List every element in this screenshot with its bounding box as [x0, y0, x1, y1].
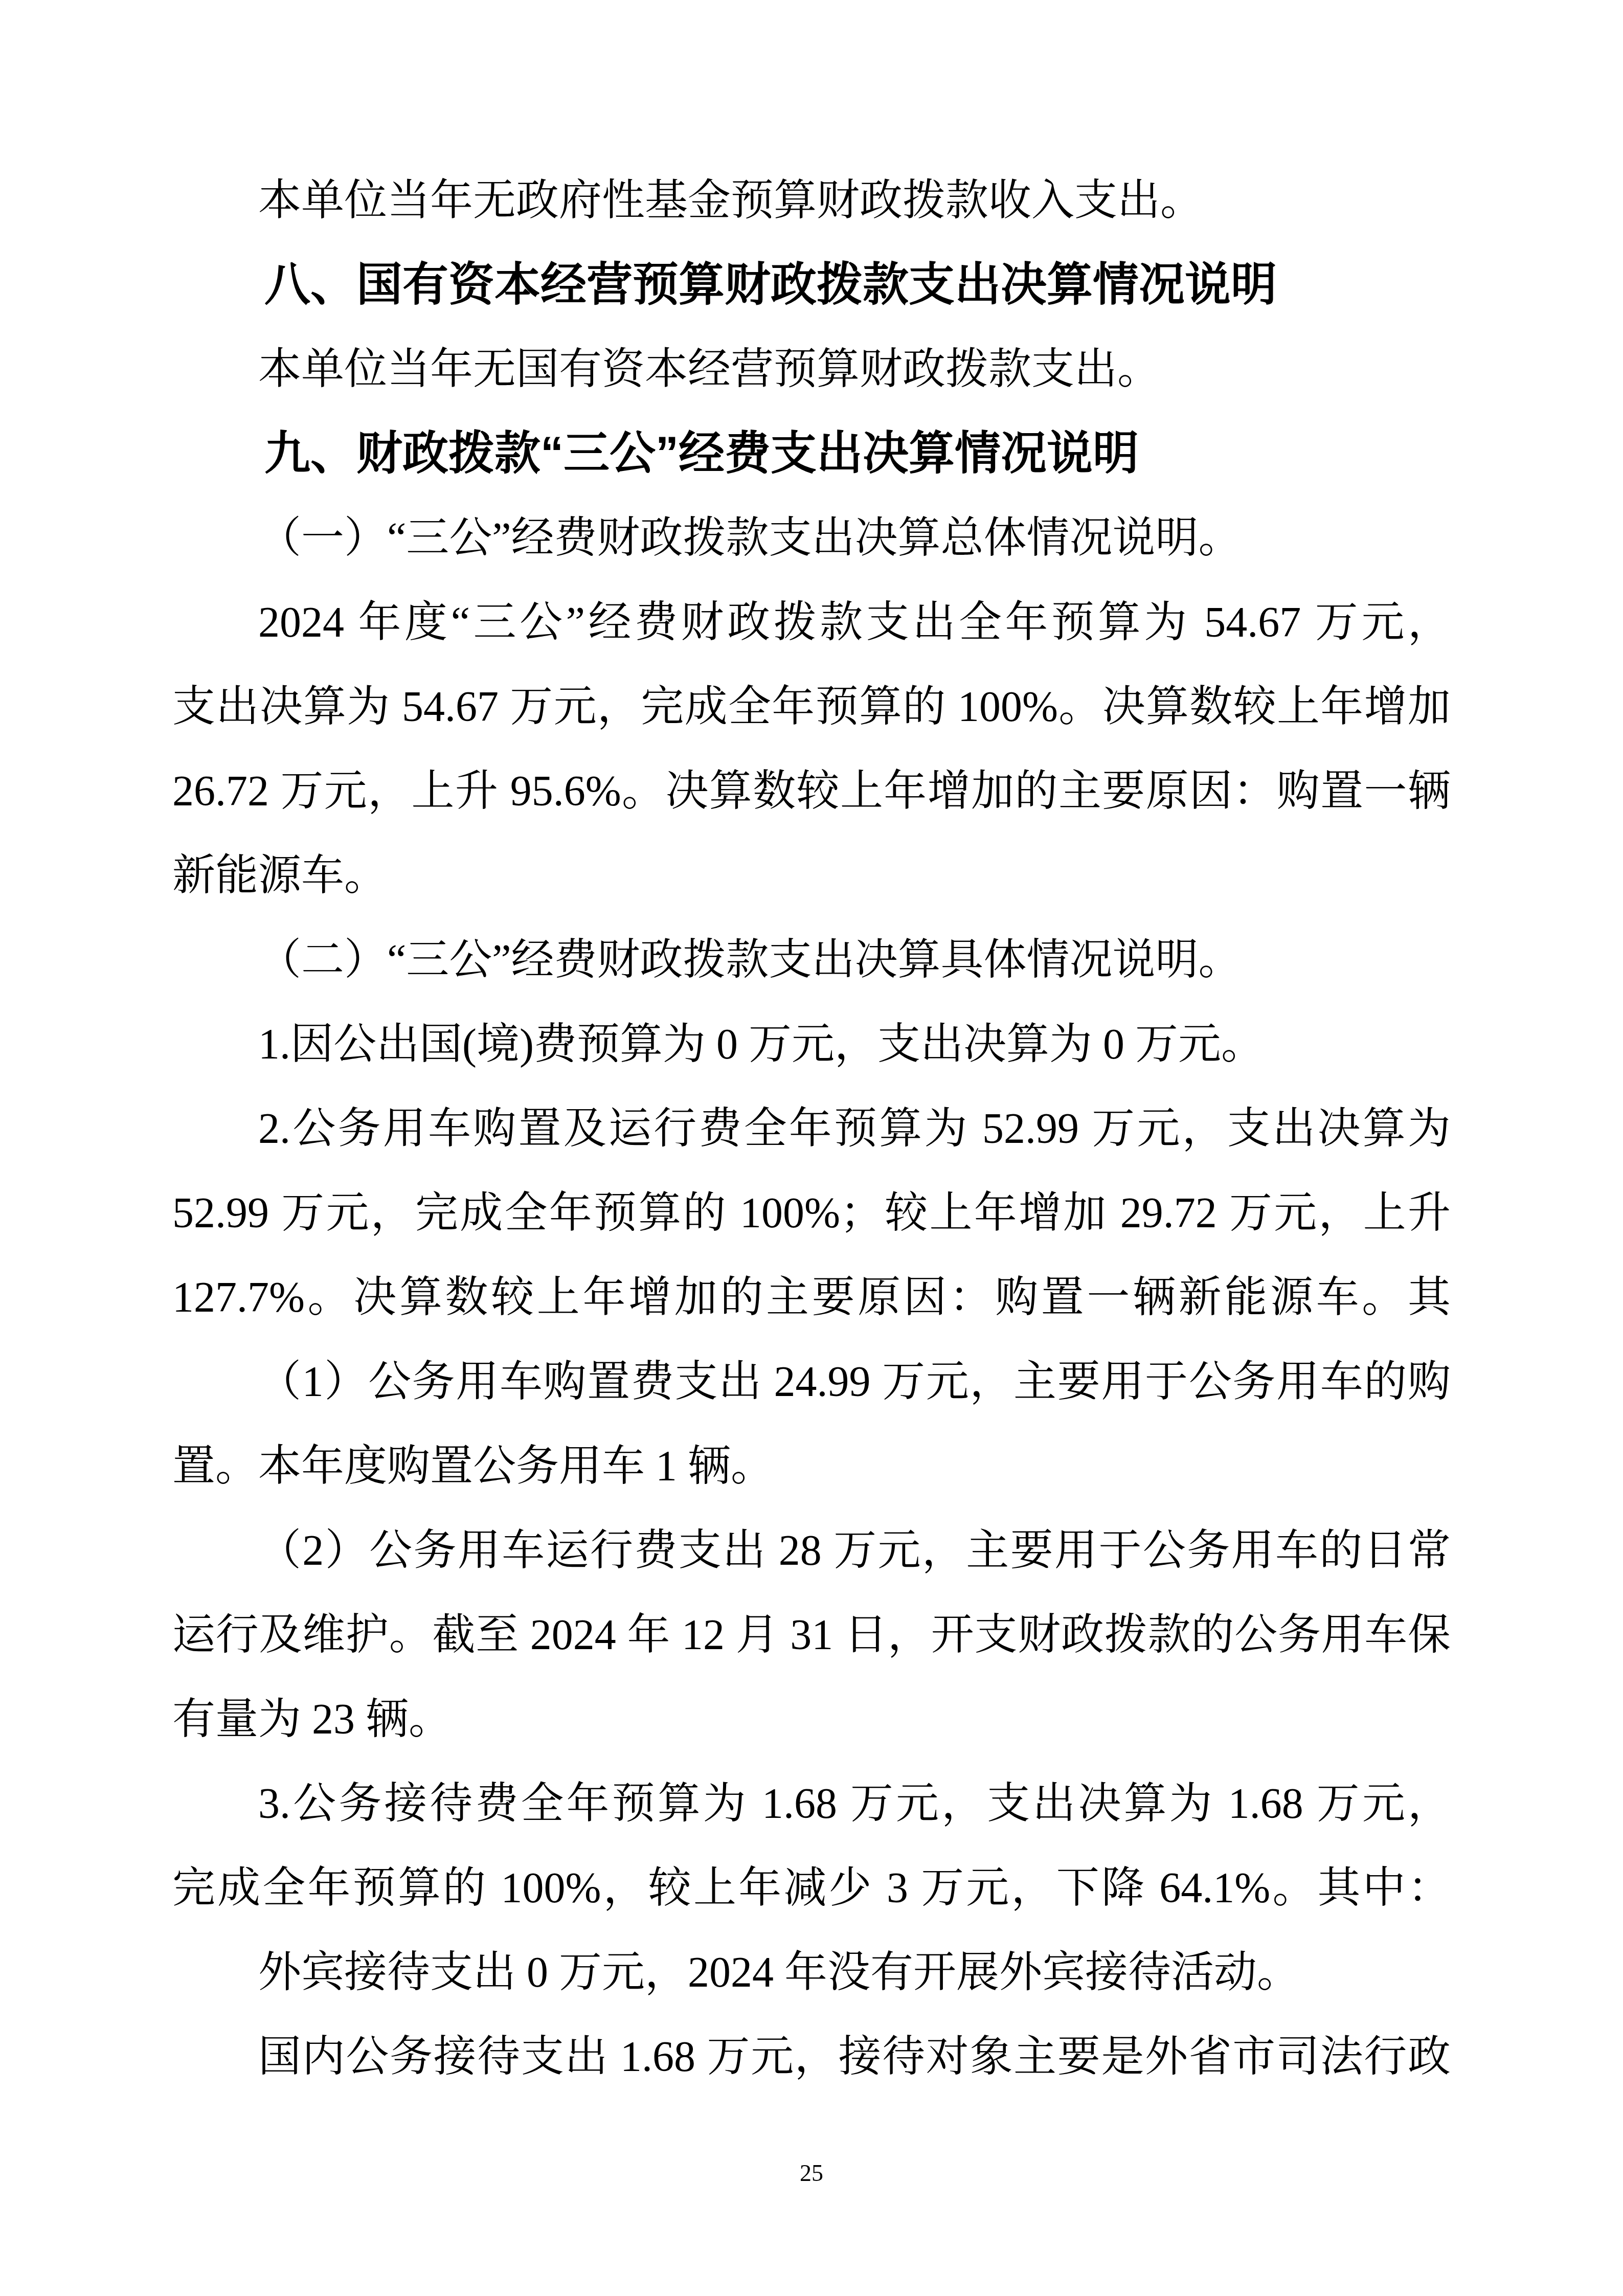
text-line: 置。本年度购置公务用车 1 辆。 — [172, 1424, 1451, 1509]
text-line: 2.公务用车购置及运行费全年预算为 52.99 万元，支出决算为 — [172, 1087, 1451, 1171]
text-line: （2）公务用车运行费支出 28 万元，主要用于公务用车的日常 — [172, 1509, 1451, 1593]
page-footer: 25 — [0, 2159, 1623, 2188]
document-page: 本单位当年无政府性基金预算财政拨款收入支出。八、国有资本经营预算财政拨款支出决算… — [0, 0, 1623, 2296]
text-line: 九、财政拨款“三公”经费支出决算情况说明 — [172, 412, 1451, 496]
page-number: 25 — [800, 2160, 823, 2186]
text-line: 运行及维护。截至 2024 年 12 月 31 日，开支财政拨款的公务用车保 — [172, 1593, 1451, 1677]
text-line: （二）“三公”经费财政拨款支出决算具体情况说明。 — [172, 918, 1451, 1002]
text-line: 3.公务接待费全年预算为 1.68 万元，支出决算为 1.68 万元， — [172, 1762, 1451, 1846]
text-line: 新能源车。 — [172, 834, 1451, 918]
text-line: （1）公务用车购置费支出 24.99 万元，主要用于公务用车的购 — [172, 1340, 1451, 1424]
text-line: 26.72 万元，上升 95.6%。决算数较上年增加的主要原因：购置一辆 — [172, 749, 1451, 834]
text-line: 外宾接待支出 0 万元，2024 年没有开展外宾接待活动。 — [172, 1930, 1451, 2015]
document-body: 本单位当年无政府性基金预算财政拨款收入支出。八、国有资本经营预算财政拨款支出决算… — [172, 159, 1451, 2099]
text-line: 八、国有资本经营预算财政拨款支出决算情况说明 — [172, 243, 1451, 327]
text-line: 2024 年度“三公”经费财政拨款支出全年预算为 54.67 万元， — [172, 580, 1451, 665]
text-line: 完成全年预算的 100%，较上年减少 3 万元，下降 64.1%。其中： — [172, 1846, 1451, 1930]
text-line: 国内公务接待支出 1.68 万元，接待对象主要是外省市司法行政 — [172, 2015, 1451, 2099]
text-line: 52.99 万元，完成全年预算的 100%；较上年增加 29.72 万元，上升 — [172, 1171, 1451, 1255]
text-line: （一）“三公”经费财政拨款支出决算总体情况说明。 — [172, 496, 1451, 580]
text-line: 本单位当年无国有资本经营预算财政拨款支出。 — [172, 327, 1451, 412]
text-line: 支出决算为 54.67 万元，完成全年预算的 100%。决算数较上年增加 — [172, 665, 1451, 749]
text-line: 1.因公出国(境)费预算为 0 万元，支出决算为 0 万元。 — [172, 1002, 1451, 1087]
text-line: 127.7%。决算数较上年增加的主要原因：购置一辆新能源车。其中： — [172, 1255, 1451, 1340]
text-line: 有量为 23 辆。 — [172, 1677, 1451, 1762]
text-line: 本单位当年无政府性基金预算财政拨款收入支出。 — [172, 159, 1451, 243]
